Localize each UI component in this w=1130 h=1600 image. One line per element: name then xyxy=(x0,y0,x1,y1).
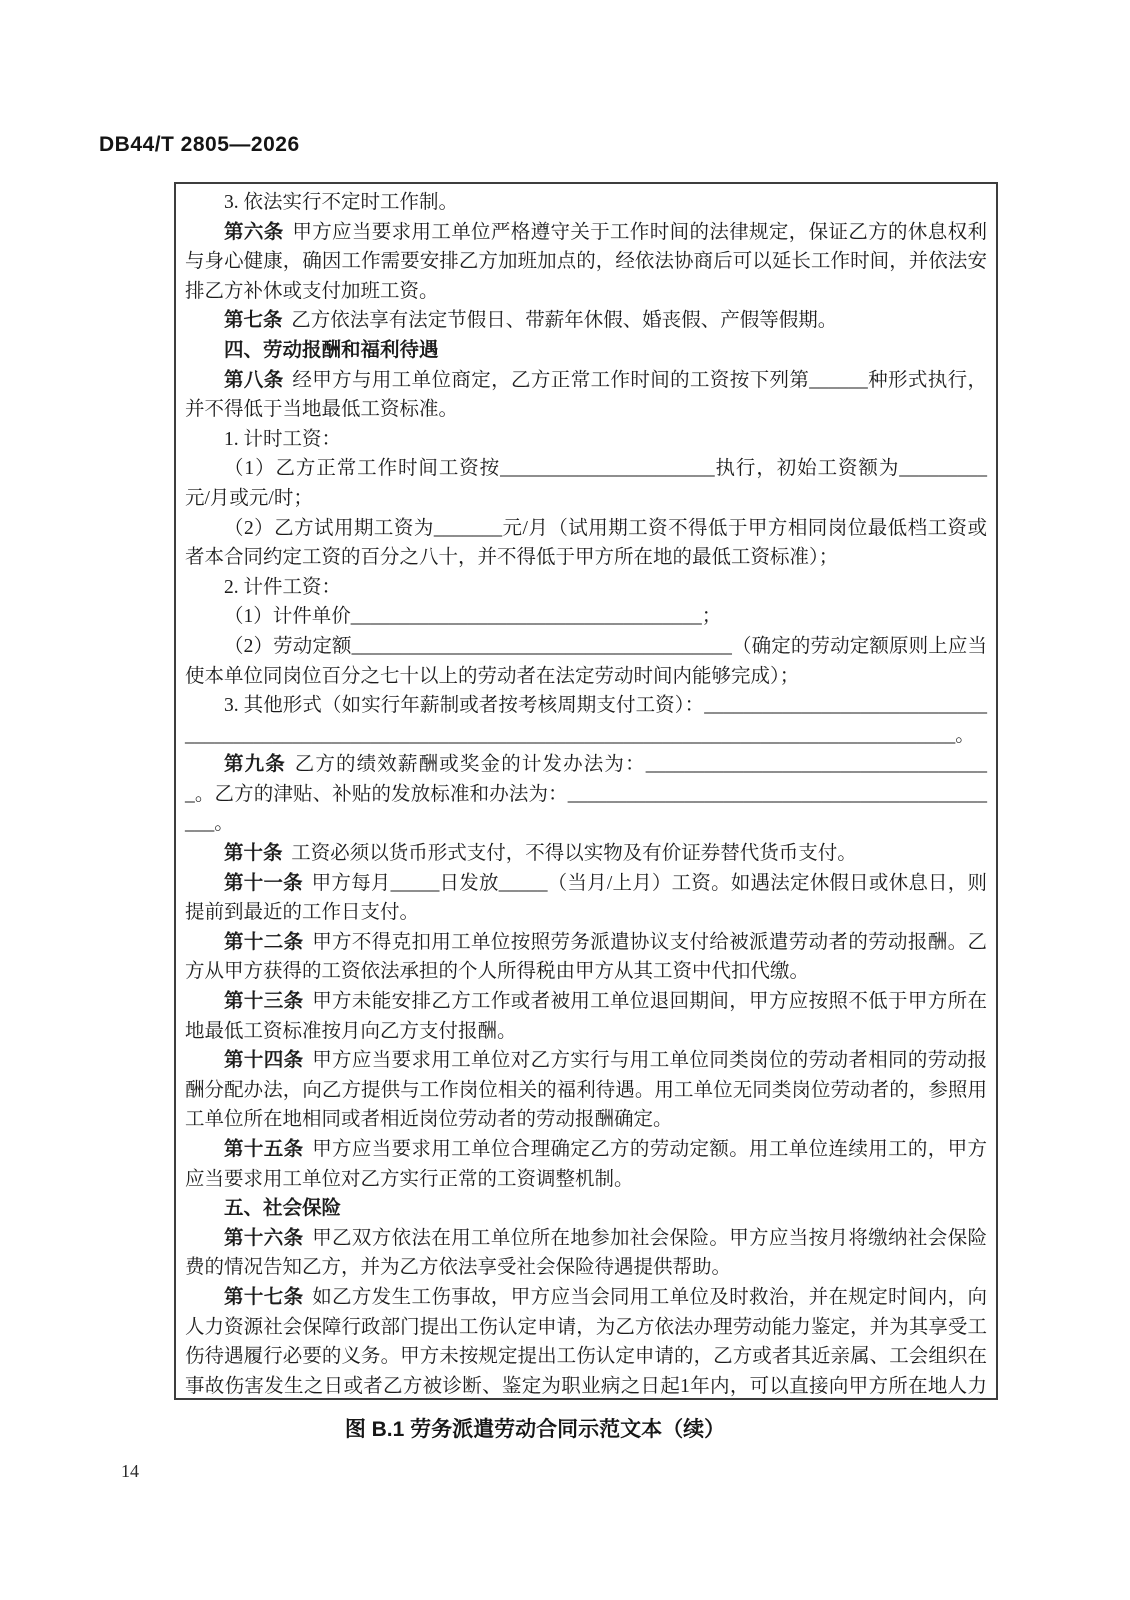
clause-number: 第十一条 xyxy=(224,872,303,894)
contract-paragraph: （1）乙方正常工作时间工资按______________________执行，初… xyxy=(185,454,987,513)
contract-paragraph: （2）乙方试用期工资为_______元/月（试用期工资不得低于甲方相同岗位最低档… xyxy=(185,514,987,573)
clause-number: 第九条 xyxy=(224,753,286,775)
clause-number: 第七条 xyxy=(224,309,283,331)
contract-paragraph: 3. 依法实行不定时工作制。 xyxy=(185,188,987,218)
section-heading: 五、社会保险 xyxy=(185,1194,987,1224)
contract-paragraph: 1. 计时工资： xyxy=(185,425,987,455)
clause-number: 第十四条 xyxy=(224,1049,303,1071)
contract-paragraph: 第十五条甲方应当要求用工单位合理确定乙方的劳动定额。用工单位连续用工的，甲方应当… xyxy=(185,1135,987,1194)
clause-number: 第六条 xyxy=(224,221,284,243)
contract-paragraph: 第七条乙方依法享有法定节假日、带薪年休假、婚丧假、产假等假期。 xyxy=(185,306,987,336)
figure-caption: 图 B.1 劳务派遣劳动合同示范文本（续） xyxy=(0,1413,1070,1443)
standard-number-header: DB44/T 2805—2026 xyxy=(99,133,300,157)
clause-number: 第八条 xyxy=(224,369,284,391)
clause-number: 第十七条 xyxy=(224,1286,303,1308)
contract-paragraph: 第十三条甲方未能安排乙方工作或者被用工单位退回期间，甲方应按照不低于甲方所在地最… xyxy=(185,987,987,1046)
contract-paragraph: 第九条乙方的绩效薪酬或奖金的计发办法为：____________________… xyxy=(185,750,987,839)
clause-number: 第十三条 xyxy=(224,990,303,1012)
contract-paragraph: 第十一条甲方每月_____日发放_____（当月/上月）工资。如遇法定休假日或休… xyxy=(185,869,987,928)
contract-paragraph: （1）计件单价_________________________________… xyxy=(185,602,987,632)
clause-number: 第十六条 xyxy=(224,1227,303,1249)
contract-paragraph: 第十四条甲方应当要求用工单位对乙方实行与用工单位同类岗位的劳动者相同的劳动报酬分… xyxy=(185,1046,987,1135)
clause-number: 第十二条 xyxy=(224,931,303,953)
section-heading: 四、劳动报酬和福利待遇 xyxy=(185,336,987,366)
contract-paragraph: （2）劳动定额_________________________________… xyxy=(185,632,987,691)
contract-paragraph: 第六条甲方应当要求用工单位严格遵守关于工作时间的法律规定，保证乙方的休息权利与身… xyxy=(185,218,987,307)
contract-paragraph: 第十七条如乙方发生工伤事故，甲方应当会同用工单位及时救治，并在规定时间内，向人力… xyxy=(185,1283,987,1400)
document-page: DB44/T 2805—2026 3. 依法实行不定时工作制。第六条甲方应当要求… xyxy=(0,0,1130,1600)
contract-paragraph: 2. 计件工资： xyxy=(185,573,987,603)
page-number: 14 xyxy=(121,1461,139,1482)
contract-paragraph: 第八条经甲方与用工单位商定，乙方正常工作时间的工资按下列第______种形式执行… xyxy=(185,366,987,425)
contract-paragraph: 第十条工资必须以货币形式支付，不得以实物及有价证券替代货币支付。 xyxy=(185,839,987,869)
clause-number: 第十条 xyxy=(224,842,283,864)
contract-paragraph: 第十六条甲乙双方依法在用工单位所在地参加社会保险。甲方应当按月将缴纳社会保险费的… xyxy=(185,1224,987,1283)
contract-paragraph: 3. 其他形式（如实行年薪制或者按考核周期支付工资）：_____________… xyxy=(185,691,987,750)
clause-number: 第十五条 xyxy=(224,1138,303,1160)
contract-text-box: 3. 依法实行不定时工作制。第六条甲方应当要求用工单位严格遵守关于工作时间的法律… xyxy=(174,182,998,1400)
contract-paragraph: 第十二条甲方不得克扣用工单位按照劳务派遣协议支付给被派遣劳动者的劳动报酬。乙方从… xyxy=(185,928,987,987)
